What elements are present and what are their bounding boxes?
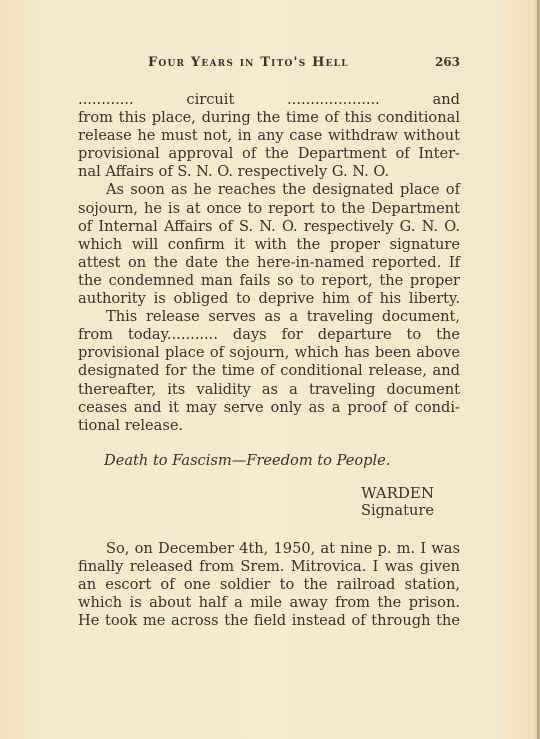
text-line: release he must not, in any case withdra… — [78, 127, 460, 145]
text-line: nal Affairs of S. N. O. respectively G. … — [78, 163, 460, 181]
motto: Death to Fascism—Freedom to People. — [78, 452, 460, 470]
spacer — [78, 520, 460, 540]
text-line: sojourn, he is at once to report to the … — [78, 200, 460, 218]
text-line: This release serves as a traveling docum… — [78, 308, 460, 326]
page-number: 263 — [435, 55, 460, 69]
text-line: authority is obliged to deprive him of h… — [78, 290, 460, 308]
text-line: He took me across the field instead of t… — [78, 612, 460, 630]
running-title: Four Years in Tito's Hell — [148, 55, 349, 70]
paragraph-4: So, on December 4th, 1950, at nine p. m.… — [78, 540, 460, 630]
text-line: ............ circuit ...................… — [78, 91, 460, 109]
text-line: provisional approval of the Department o… — [78, 145, 460, 163]
text-line: from this place, during the time of this… — [78, 109, 460, 127]
text-line: As soon as he reaches the designated pla… — [78, 181, 460, 199]
text-line: which will confirm it with the proper si… — [78, 236, 460, 254]
paragraph-2: As soon as he reaches the designated pla… — [78, 181, 460, 308]
text-line: which is about half a mile away from the… — [78, 594, 460, 612]
signature-label: Signature — [78, 502, 434, 520]
text-line: attest on the date the here-in-named rep… — [78, 254, 460, 272]
text-line: thereafter, its validity as a traveling … — [78, 381, 460, 399]
text-line: provisional place of sojourn, which has … — [78, 344, 460, 362]
running-header: Four Years in Tito's Hell 263 — [148, 55, 460, 75]
text-line: from today........... days for departure… — [78, 326, 460, 344]
spacer — [78, 470, 460, 484]
text-line: an escort of one soldier to the railroad… — [78, 576, 460, 594]
paragraph-1: ............ circuit ...................… — [78, 91, 460, 181]
spacer — [78, 435, 460, 452]
text-line: So, on December 4th, 1950, at nine p. m.… — [78, 540, 460, 558]
text-line: finally released from Srem. Mitrovica. I… — [78, 558, 460, 576]
paragraph-3: This release serves as a traveling docum… — [78, 308, 460, 435]
text-line: of Internal Affairs of S. N. O. respecti… — [78, 218, 460, 236]
book-page: Four Years in Tito's Hell 263 ..........… — [0, 0, 540, 739]
text-line: designated for the time of conditional r… — [78, 362, 460, 380]
signature-block: WARDEN Signature — [78, 484, 460, 520]
text-line: the condemned man fails so to report, th… — [78, 272, 460, 290]
text-line: tional release. — [78, 417, 460, 435]
warden-title: WARDEN — [78, 484, 434, 502]
page-body: ............ circuit ...................… — [78, 91, 460, 630]
text-line: ceases and it may serve only as a proof … — [78, 399, 460, 417]
